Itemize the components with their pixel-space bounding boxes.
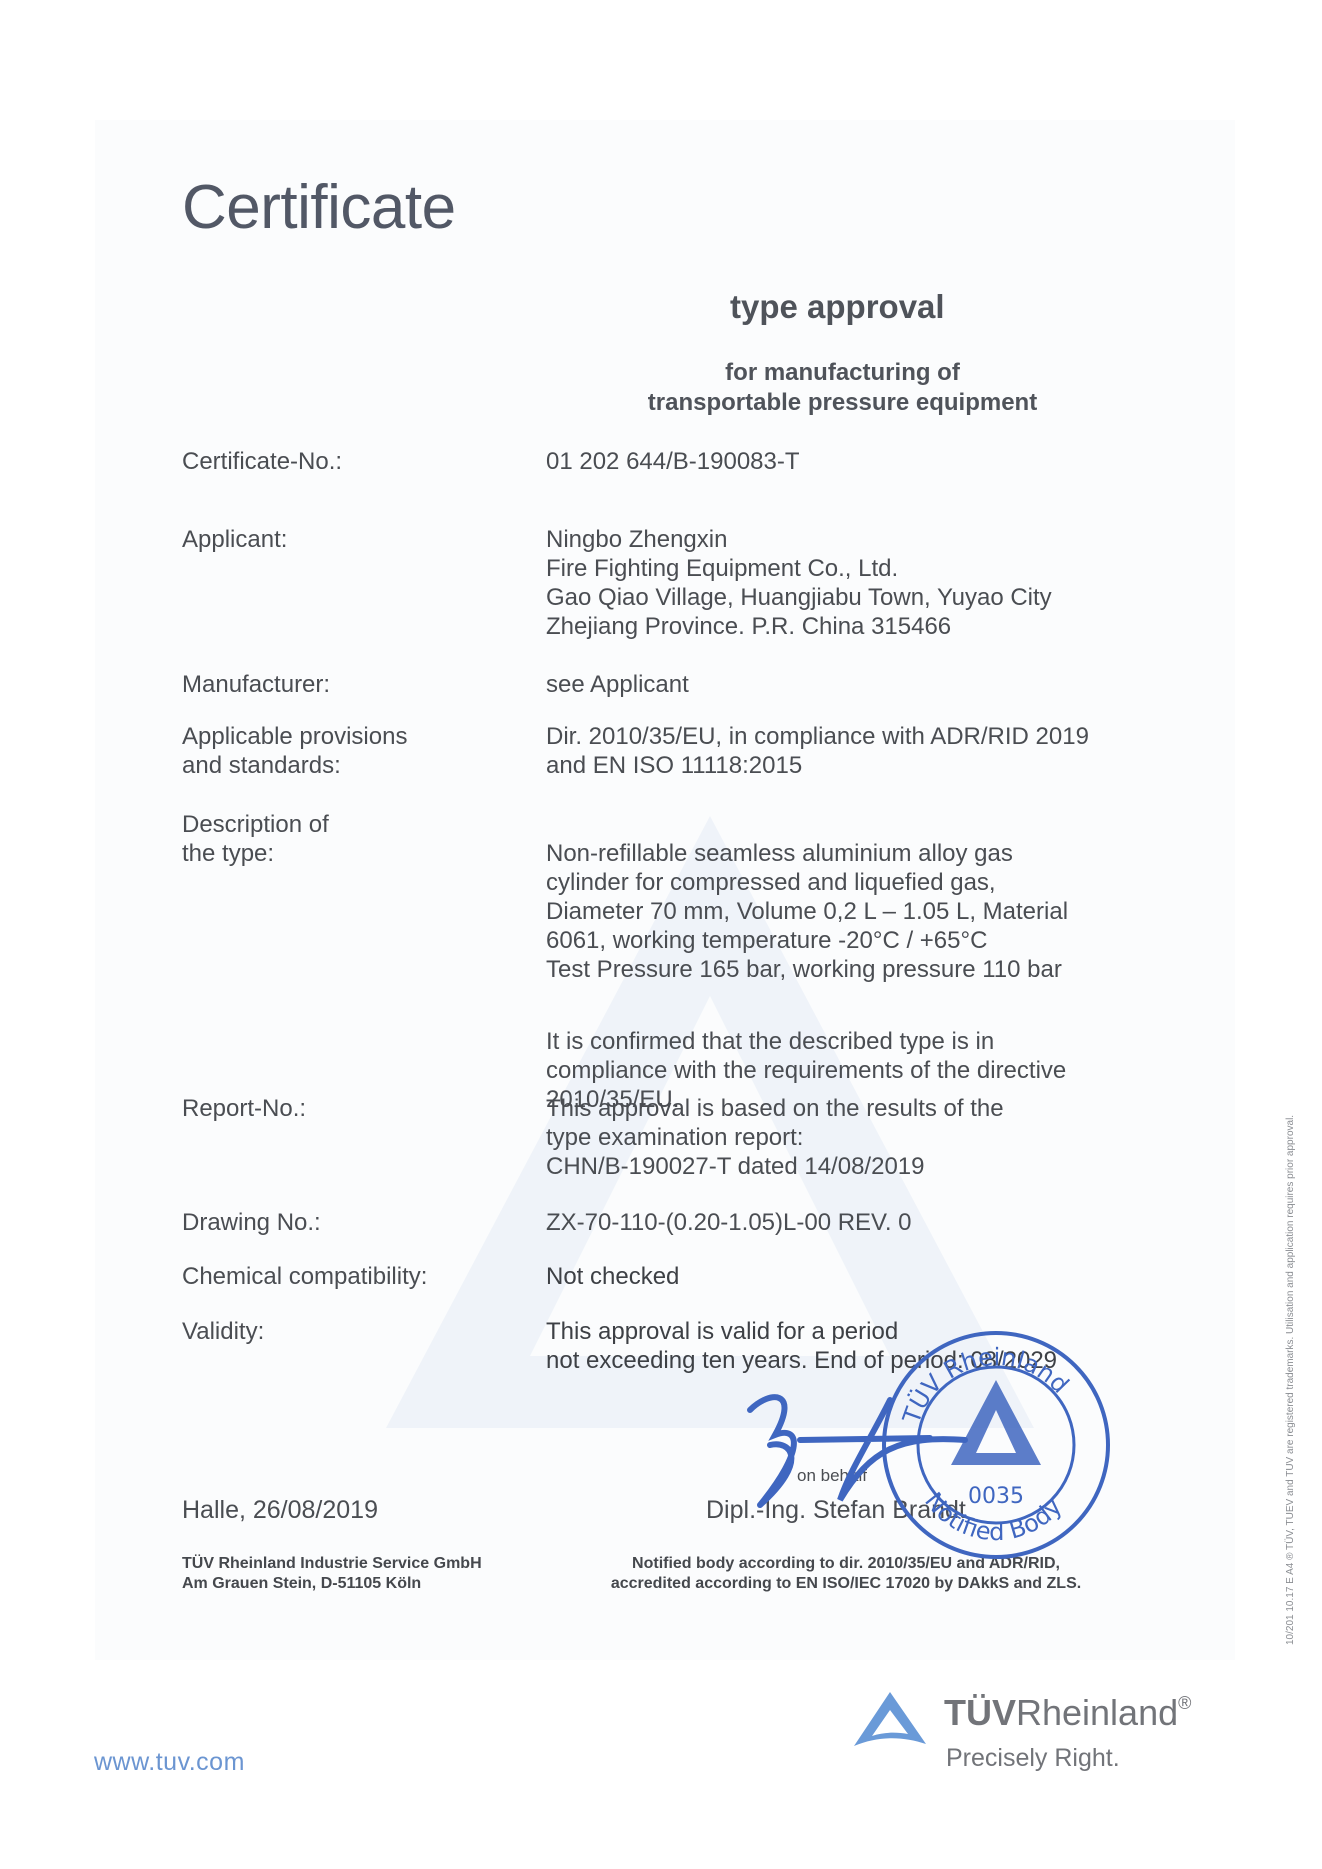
- brand-name: TÜVRheinland®: [944, 1692, 1191, 1734]
- field-label: Report-No.:: [182, 1094, 522, 1123]
- field-label: Drawing No.:: [182, 1208, 522, 1237]
- manufacturer-value: see Applicant: [546, 670, 1166, 699]
- field-label: Validity:: [182, 1317, 522, 1346]
- notified-body-stamp-icon: TÜV Rheinland Notified Body 0035: [876, 1325, 1116, 1565]
- field-label: Applicant:: [182, 525, 522, 554]
- document-scope: for manufacturing of transportable press…: [600, 358, 1085, 418]
- field-label: Certificate-No.:: [182, 447, 522, 476]
- field-label: Description of the type:: [182, 810, 522, 868]
- drawing-number: ZX-70-110-(0.20-1.05)L-00 REV. 0: [546, 1208, 1166, 1237]
- field-label: Chemical compatibility:: [182, 1262, 522, 1291]
- provisions-value: Dir. 2010/35/EU, in compliance with ADR/…: [546, 722, 1166, 780]
- certificate-number: 01 202 644/B-190083-T: [546, 447, 1166, 476]
- brand-tagline: Precisely Right.: [946, 1744, 1120, 1773]
- issuer-address: TÜV Rheinland Industrie Service GmbH Am …: [182, 1554, 482, 1594]
- chemical-value: Not checked: [546, 1262, 1166, 1291]
- place-date: Halle, 26/08/2019: [182, 1496, 378, 1525]
- website-link[interactable]: www.tuv.com: [94, 1748, 245, 1777]
- registered-mark: ®: [1178, 1693, 1191, 1713]
- tuv-triangle-logo-icon: [852, 1690, 932, 1750]
- applicant-address: Ningbo Zhengxin Fire Fighting Equipment …: [546, 525, 1166, 641]
- stamp-number: 0035: [968, 1484, 1024, 1509]
- document-subtitle: type approval: [730, 288, 945, 326]
- document-title: Certificate: [182, 172, 456, 243]
- field-label: Applicable provisions and standards:: [182, 722, 522, 780]
- report-value: This approval is based on the results of…: [546, 1094, 1166, 1181]
- brand-name-rest: Rheinland: [1016, 1692, 1178, 1733]
- type-description: Non-refillable seamless aluminium alloy …: [546, 839, 1166, 984]
- field-label: Manufacturer:: [182, 670, 522, 699]
- brand-name-bold: TÜV: [944, 1692, 1016, 1733]
- trademark-side-note: 10/201 10.17 E A4 ® TÜV, TUEV and TUV ar…: [1285, 1115, 1296, 1645]
